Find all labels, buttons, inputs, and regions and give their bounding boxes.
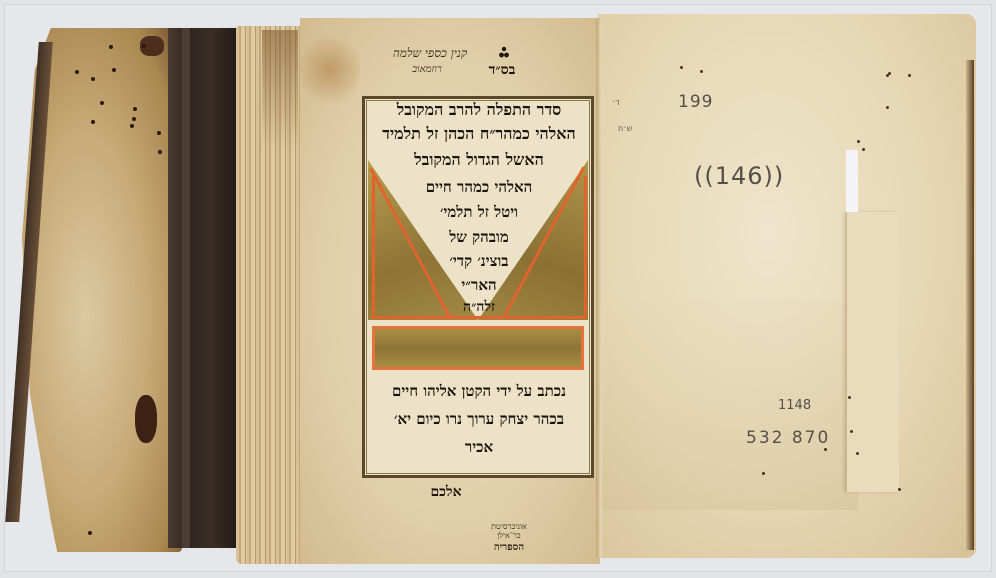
wormhole <box>91 120 95 124</box>
foxing-spot <box>856 452 859 455</box>
title-line: בוצינ׳ קדי׳ <box>420 252 538 271</box>
wormhole <box>109 45 113 49</box>
title-line: ויטל זל תלמי׳ <box>400 203 558 222</box>
foxing-spot <box>908 74 911 77</box>
red-ruling-line <box>372 316 586 319</box>
foxing-spot <box>862 148 865 151</box>
foxing-spot <box>850 430 853 433</box>
colophon-line: נכתב על ידי הקטן אליהו חיים <box>368 382 590 401</box>
shelf-mark-1: 1148 <box>778 398 811 413</box>
title-line: האלהי כמהר חיים <box>380 178 578 197</box>
title-line: האשל הגדול המקובל <box>376 150 582 170</box>
colophon-line: בכהר יצחק ערוך נרו כיום יא׳ <box>368 410 590 429</box>
catchword: אלכם <box>416 484 476 501</box>
spine-strip <box>182 28 190 548</box>
wormhole <box>88 531 92 535</box>
wormhole <box>133 107 137 111</box>
wormhole <box>132 117 136 121</box>
foxing-spot <box>886 106 889 109</box>
owner-inscription-line-2: רוזמאוב <box>392 64 462 75</box>
foxing-spot <box>824 448 827 451</box>
page-tear-gap <box>846 150 858 212</box>
title-line: מובהק של <box>410 228 548 247</box>
shelf-mark-2: 532 870 <box>746 428 830 448</box>
library-stamp-arc-text: אוניברסיטת בר־אילן <box>484 522 534 540</box>
owner-inscription-line-1: קנין כספי שלמה <box>380 46 480 61</box>
header-abbreviation: בס״ד <box>482 62 522 79</box>
wormhole <box>130 124 134 128</box>
title-line: האר״י <box>430 276 528 295</box>
ornament-icon <box>499 46 509 60</box>
faint-pencil-note: ש׳ת <box>618 124 632 133</box>
red-ruling-line <box>584 176 587 318</box>
folded-flap <box>846 212 899 492</box>
foxing-spot <box>848 396 851 399</box>
wormhole <box>112 68 116 72</box>
gilded-band <box>372 326 584 370</box>
wormhole <box>75 70 79 74</box>
wormhole <box>142 44 146 48</box>
water-stain <box>262 30 298 150</box>
foxing-spot <box>680 66 683 69</box>
foxing-spot <box>857 140 860 143</box>
library-stamp-label: הספריה <box>484 542 534 553</box>
title-line: האלהי כמהר״ח הכהן זל תלמיד <box>368 124 590 144</box>
gutter <box>596 18 602 558</box>
title-line: זלה״ה <box>440 299 518 316</box>
foxing-spot <box>898 488 901 491</box>
book-spine <box>168 28 238 548</box>
faint-pencil-note: ד׳ <box>612 98 620 107</box>
foxing-spot <box>762 472 765 475</box>
title-line: סדר התפלה להרב המקובל <box>368 100 590 120</box>
colophon-line: אכיר <box>368 438 590 457</box>
wormhole <box>157 131 161 135</box>
cover-stain <box>135 395 157 443</box>
page-fold <box>598 300 858 510</box>
foxing-spot <box>700 70 703 73</box>
pencil-note-circled-number: ((146)) <box>694 162 784 190</box>
red-ruling-line <box>372 176 375 318</box>
wormhole <box>100 101 104 105</box>
page-edge <box>966 60 974 550</box>
wormhole <box>158 150 162 154</box>
pencil-note-199: 199 <box>678 92 713 112</box>
wormhole <box>91 77 95 81</box>
foxing-spot <box>886 74 889 77</box>
water-stain <box>300 30 360 110</box>
